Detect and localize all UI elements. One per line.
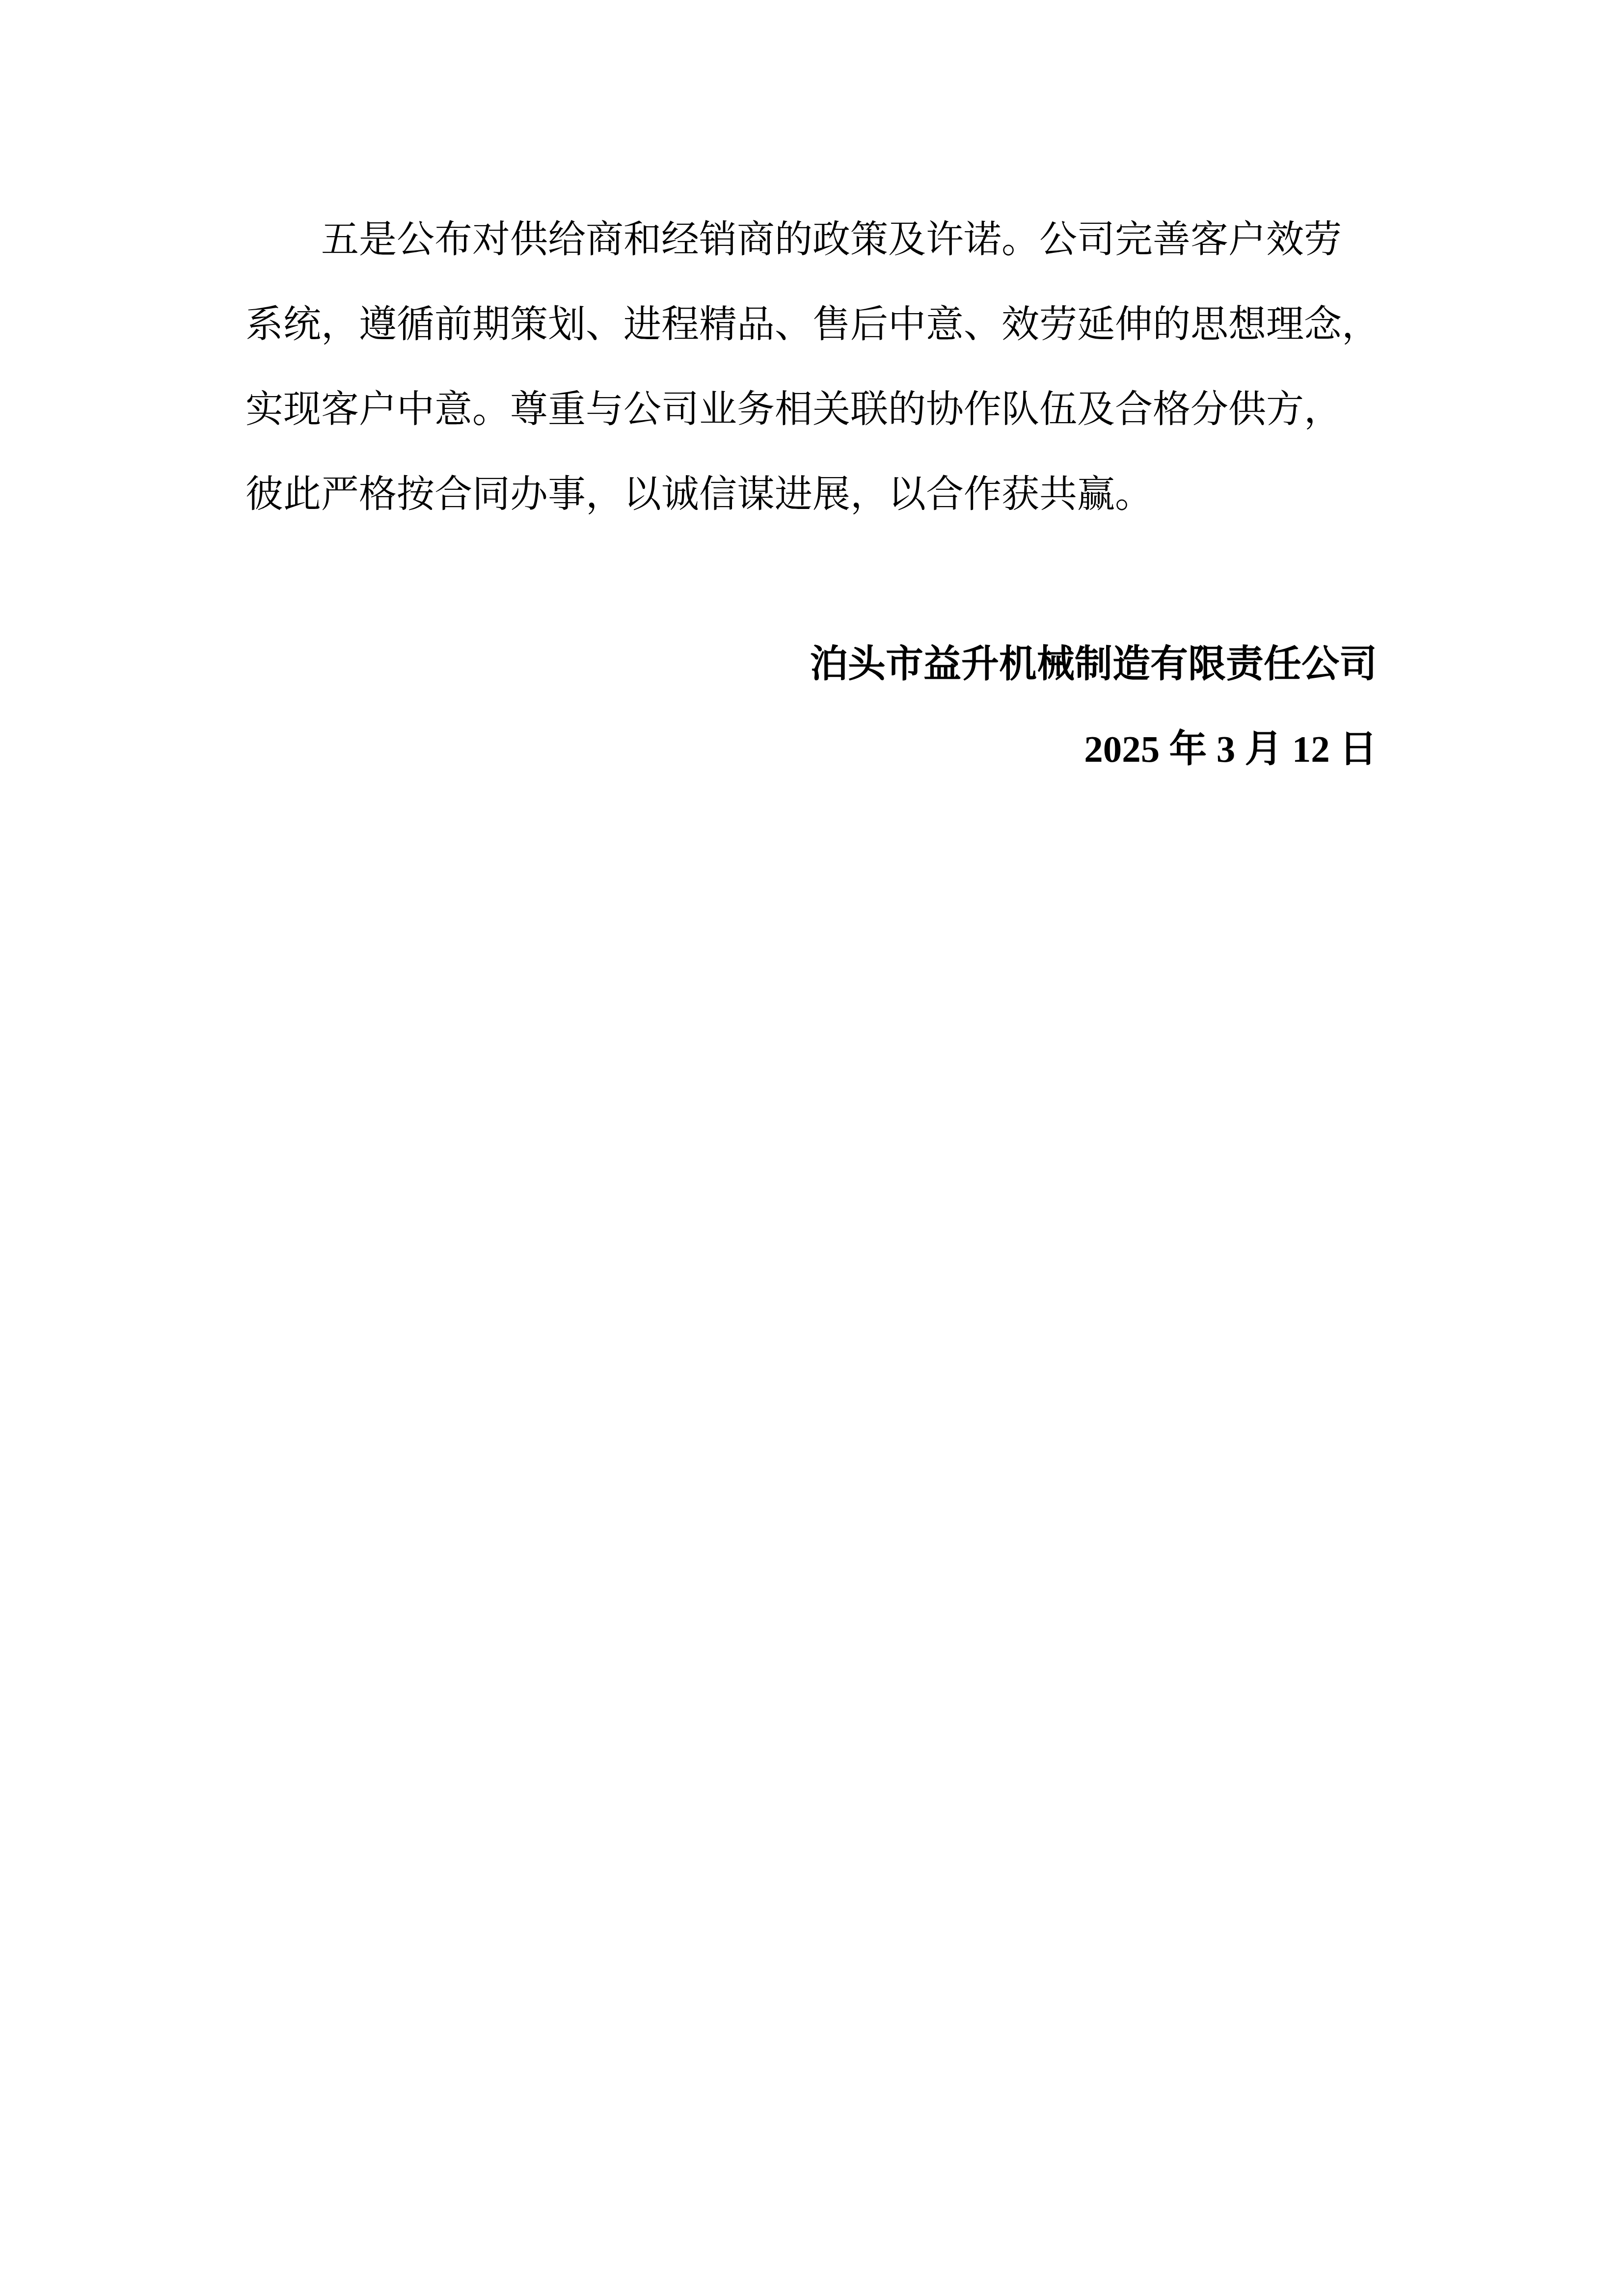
signature-date: 2025 年 3 月 12 日 [245, 707, 1389, 792]
company-name: 泊头市益升机械制造有限责任公司 [245, 622, 1389, 707]
paragraph-line-1: 五是公布对供给商和经销商的政策及许诺。公司完善客户效劳 [245, 197, 1389, 282]
blank-line [245, 537, 1389, 622]
paragraph-line-2: 系统，遵循前期策划、进程精品、售后中意、效劳延伸的思想理念， [245, 282, 1389, 367]
paragraph-line-4: 彼此严格按合同办事，以诚信谋进展，以合作获共赢。 [245, 452, 1389, 537]
document-content: 五是公布对供给商和经销商的政策及许诺。公司完善客户效劳 系统，遵循前期策划、进程… [245, 197, 1389, 792]
document-page: 五是公布对供给商和经销商的政策及许诺。公司完善客户效劳 系统，遵循前期策划、进程… [0, 0, 1624, 2296]
paragraph-line-3: 实现客户中意。尊重与公司业务相关联的协作队伍及合格分供方， [245, 367, 1389, 452]
